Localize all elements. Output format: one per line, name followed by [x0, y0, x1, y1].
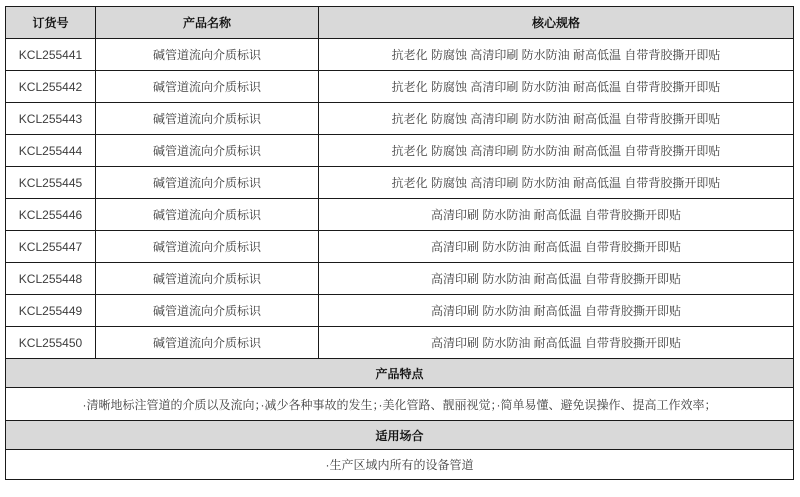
table-row: KCL255447 碱管道流向介质标识 高清印刷 防水防油 耐高低温 自带背胶撕…	[6, 231, 794, 263]
product-name-cell: 碱管道流向介质标识	[96, 263, 319, 295]
table-row: KCL255449 碱管道流向介质标识 高清印刷 防水防油 耐高低温 自带背胶撕…	[6, 295, 794, 327]
section-text-row: ·生产区域内所有的设备管道	[6, 450, 794, 480]
spec-cell: 抗老化 防腐蚀 高清印刷 防水防油 耐高低温 自带背胶撕开即贴	[319, 39, 794, 71]
product-name-cell: 碱管道流向介质标识	[96, 71, 319, 103]
spec-cell: 高清印刷 防水防油 耐高低温 自带背胶撕开即贴	[319, 263, 794, 295]
spec-cell: 高清印刷 防水防油 耐高低温 自带背胶撕开即贴	[319, 327, 794, 359]
spec-cell: 高清印刷 防水防油 耐高低温 自带背胶撕开即贴	[319, 231, 794, 263]
features-section-title: 产品特点	[6, 359, 794, 388]
occasions-section-text: ·生产区域内所有的设备管道	[6, 450, 794, 480]
spec-cell: 高清印刷 防水防油 耐高低温 自带背胶撕开即贴	[319, 295, 794, 327]
table-row: KCL255448 碱管道流向介质标识 高清印刷 防水防油 耐高低温 自带背胶撕…	[6, 263, 794, 295]
product-name-cell: 碱管道流向介质标识	[96, 135, 319, 167]
table-row: KCL255450 碱管道流向介质标识 高清印刷 防水防油 耐高低温 自带背胶撕…	[6, 327, 794, 359]
product-spec-table: 订货号 产品名称 核心规格 KCL255441 碱管道流向介质标识 抗老化 防腐…	[5, 6, 794, 480]
features-section-text: ·清晰地标注管道的介质以及流向；·减少各种事故的发生；·美化管路、靓丽视觉；·简…	[6, 388, 794, 421]
table-row: KCL255443 碱管道流向介质标识 抗老化 防腐蚀 高清印刷 防水防油 耐高…	[6, 103, 794, 135]
spec-cell: 抗老化 防腐蚀 高清印刷 防水防油 耐高低温 自带背胶撕开即贴	[319, 71, 794, 103]
section-text-row: ·清晰地标注管道的介质以及流向；·减少各种事故的发生；·美化管路、靓丽视觉；·简…	[6, 388, 794, 421]
spec-cell: 抗老化 防腐蚀 高清印刷 防水防油 耐高低温 自带背胶撕开即贴	[319, 103, 794, 135]
section-title-row: 产品特点	[6, 359, 794, 388]
order-no-cell: KCL255449	[6, 295, 96, 327]
order-no-cell: KCL255444	[6, 135, 96, 167]
table-row: KCL255442 碱管道流向介质标识 抗老化 防腐蚀 高清印刷 防水防油 耐高…	[6, 71, 794, 103]
product-name-cell: 碱管道流向介质标识	[96, 231, 319, 263]
spec-cell: 高清印刷 防水防油 耐高低温 自带背胶撕开即贴	[319, 199, 794, 231]
product-name-cell: 碱管道流向介质标识	[96, 327, 319, 359]
table-row: KCL255445 碱管道流向介质标识 抗老化 防腐蚀 高清印刷 防水防油 耐高…	[6, 167, 794, 199]
product-name-cell: 碱管道流向介质标识	[96, 295, 319, 327]
order-no-cell: KCL255445	[6, 167, 96, 199]
product-name-cell: 碱管道流向介质标识	[96, 39, 319, 71]
occasions-section-title: 适用场合	[6, 421, 794, 450]
spec-cell: 抗老化 防腐蚀 高清印刷 防水防油 耐高低温 自带背胶撕开即贴	[319, 167, 794, 199]
order-no-cell: KCL255447	[6, 231, 96, 263]
order-no-cell: KCL255443	[6, 103, 96, 135]
column-header-core-spec: 核心规格	[319, 7, 794, 39]
product-name-cell: 碱管道流向介质标识	[96, 199, 319, 231]
section-title-row: 适用场合	[6, 421, 794, 450]
order-no-cell: KCL255450	[6, 327, 96, 359]
table-row: KCL255444 碱管道流向介质标识 抗老化 防腐蚀 高清印刷 防水防油 耐高…	[6, 135, 794, 167]
column-header-product-name: 产品名称	[96, 7, 319, 39]
order-no-cell: KCL255442	[6, 71, 96, 103]
product-name-cell: 碱管道流向介质标识	[96, 167, 319, 199]
order-no-cell: KCL255441	[6, 39, 96, 71]
table-row: KCL255446 碱管道流向介质标识 高清印刷 防水防油 耐高低温 自带背胶撕…	[6, 199, 794, 231]
spec-cell: 抗老化 防腐蚀 高清印刷 防水防油 耐高低温 自带背胶撕开即贴	[319, 135, 794, 167]
table-row: KCL255441 碱管道流向介质标识 抗老化 防腐蚀 高清印刷 防水防油 耐高…	[6, 39, 794, 71]
product-name-cell: 碱管道流向介质标识	[96, 103, 319, 135]
column-header-order-no: 订货号	[6, 7, 96, 39]
header-row: 订货号 产品名称 核心规格	[6, 7, 794, 39]
order-no-cell: KCL255448	[6, 263, 96, 295]
order-no-cell: KCL255446	[6, 199, 96, 231]
